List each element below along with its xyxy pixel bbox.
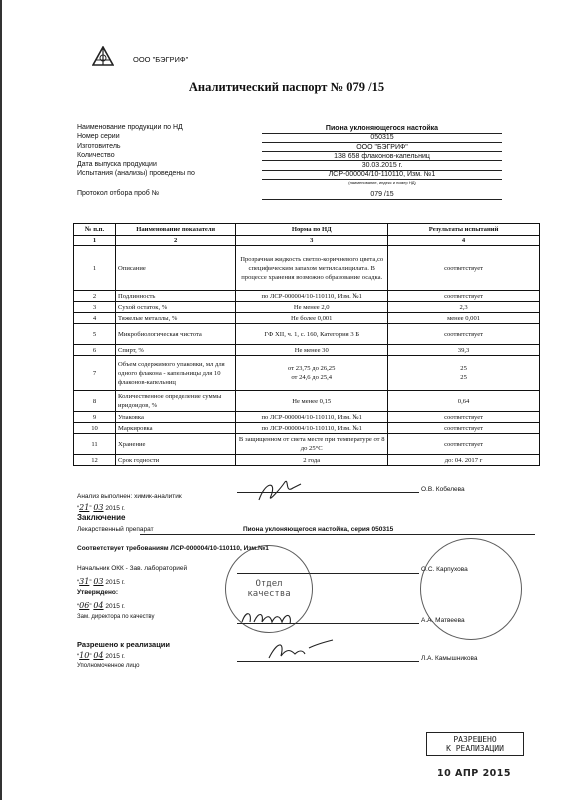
result-value: 2,3 <box>388 302 540 313</box>
table-row: 6Спирт, %Не менее 3039,3 <box>74 345 540 356</box>
norm-value: по ЛСР-000004/10-110110, Изм. №1 <box>236 423 388 434</box>
result-value: 0,64 <box>388 391 540 412</box>
row-number: 1 <box>74 246 116 291</box>
company-logo-icon <box>92 46 114 66</box>
row-number: 12 <box>74 455 116 466</box>
norm-value: Не более 0,001 <box>236 313 388 324</box>
info-row: Испытания (анализы) проведены по ЛСР-000… <box>77 170 507 179</box>
info-label: Номер серии <box>77 133 120 140</box>
approved-day: 06 <box>79 601 89 610</box>
release-stamp-date: 10 АПР 2015 <box>426 768 522 779</box>
indicator-name: Сухой остаток, % <box>116 302 236 313</box>
indicator-name: Спирт, % <box>116 345 236 356</box>
table-row: 7Объем содержимого упаковки, мл для одно… <box>74 356 540 391</box>
product-info: Наименование продукции по НД Пиона уклон… <box>77 124 507 189</box>
drug-value: Пиона уклоняющегося настойка, серия 0503… <box>243 526 393 533</box>
lab-head-day: 31 <box>79 577 89 586</box>
protocol-label: Протокол отбора проб № <box>77 190 159 197</box>
table-row: 1ОписаниеПрозрачная жидкость светло-кори… <box>74 246 540 291</box>
table-row: 4Тяжелые металлы, %Не более 0,001менее 0… <box>74 313 540 324</box>
document-title: Аналитический паспорт № 079 /15 <box>0 80 573 95</box>
info-row: Номер серии 050315 <box>77 133 507 142</box>
indicator-name: Подлинность <box>116 291 236 302</box>
column-numbers-row: 1 2 3 4 <box>74 236 540 246</box>
stamp-line: Отдел <box>255 579 282 589</box>
indicator-name: Срок годности <box>116 455 236 466</box>
result-value: менее 0,001 <box>388 313 540 324</box>
results-table: № п.п. Наименование показателя Норма по … <box>73 223 540 466</box>
info-label: Изготовитель <box>77 143 121 150</box>
row-number: 8 <box>74 391 116 412</box>
release-date: “10” 04 2015 г. <box>77 651 125 660</box>
info-label: Количество <box>77 152 115 159</box>
norm-value: ГФ XII, ч. 1, с. 160, Категория 3 Б <box>236 324 388 345</box>
release-signature-icon <box>265 638 335 662</box>
table-header-row: № п.п. Наименование показателя Норма по … <box>74 224 540 236</box>
column-number: 1 <box>74 236 116 246</box>
release-label: Разрешено к реализации <box>77 640 170 649</box>
column-header: Наименование показателя <box>116 224 236 236</box>
result-value: соответствует <box>388 246 540 291</box>
row-number: 9 <box>74 412 116 423</box>
result-value: соответствует <box>388 434 540 455</box>
release-name: Л.А. Камышникова <box>421 655 478 662</box>
analysis-signature-icon <box>255 478 315 504</box>
row-number: 6 <box>74 345 116 356</box>
result-value: 25 25 <box>388 356 540 391</box>
result-value: соответствует <box>388 423 540 434</box>
column-header: № п.п. <box>74 224 116 236</box>
release-role: Уполномоченное лицо <box>77 663 139 669</box>
approved-month: 04 <box>93 601 103 610</box>
compliance-text: Соответствует требованиям ЛСР-000004/10-… <box>77 545 269 552</box>
indicator-name: Количественное определение суммы иридоид… <box>116 391 236 412</box>
indicator-name: Объем содержимого упаковки, мл для одног… <box>116 356 236 391</box>
indicator-name: Упаковка <box>116 412 236 423</box>
approved-date: “06” 04 2015 г. <box>77 601 125 610</box>
result-value: соответствует <box>388 412 540 423</box>
page-edge <box>0 0 2 800</box>
info-value: ООО "БЭГРИФ" <box>262 143 502 153</box>
release-month: 04 <box>93 651 103 660</box>
result-value: соответствует <box>388 291 540 302</box>
table-row: 10Маркировкапо ЛСР-000004/10-110110, Изм… <box>74 423 540 434</box>
norm-value: В защищенном от света месте при температ… <box>236 434 388 455</box>
row-number: 5 <box>74 324 116 345</box>
column-header: Норма по НД <box>236 224 388 236</box>
info-value: ЛСР-000004/10-110110, Изм. №1 <box>262 170 502 180</box>
row-number: 7 <box>74 356 116 391</box>
row-number: 4 <box>74 313 116 324</box>
table-row: 8Количественное определение суммы иридои… <box>74 391 540 412</box>
info-row: Количество 138 658 флаконов-капельниц <box>77 152 507 161</box>
analysis-month: 03 <box>93 503 103 512</box>
lab-head-label: Начальник ОКК - Зав. лабораторией <box>77 565 187 572</box>
indicator-name: Маркировка <box>116 423 236 434</box>
company-name: ООО "БЭГРИФ" <box>133 55 188 64</box>
info-value: 050315 <box>262 133 502 143</box>
table-row: 5Микробиологическая чистотаГФ XII, ч. 1,… <box>74 324 540 345</box>
norm-value: от 23,75 до 26,25 от 24,6 до 25,4 <box>236 356 388 391</box>
result-value: соответствует <box>388 324 540 345</box>
analysis-name: О.В. Кобелева <box>421 486 465 493</box>
info-row: Дата выпуска продукции 30.03.2015 г. <box>77 161 507 170</box>
row-number: 11 <box>74 434 116 455</box>
info-value: Пиона уклоняющегося настойка <box>262 124 502 134</box>
info-label: Дата выпуска продукции <box>77 161 157 168</box>
norm-value: по ЛСР-000004/10-110110, Изм. №1 <box>236 291 388 302</box>
column-number: 2 <box>116 236 236 246</box>
analysis-label: Анализ выполнен: химик-аналитик <box>77 493 182 500</box>
indicator-name: Описание <box>116 246 236 291</box>
table-row: 12Срок годности2 годадо: 04. 2017 г <box>74 455 540 466</box>
info-value: 30.03.2015 г. <box>262 161 502 171</box>
stamp-line: качества <box>247 589 290 599</box>
conclusion-heading: Заключение <box>77 513 125 522</box>
indicator-name: Тяжелые металлы, % <box>116 313 236 324</box>
row-number: 2 <box>74 291 116 302</box>
lab-head-date: “31” 03 2015 г. <box>77 577 125 586</box>
company-round-stamp <box>420 538 522 640</box>
approved-label: Утверждено: <box>77 589 118 596</box>
stamp-line: РАЗРЕШЕНО <box>427 735 523 744</box>
norm-value: Не менее 0,15 <box>236 391 388 412</box>
table-row: 9Упаковкапо ЛСР-000004/10-110110, Изм. №… <box>74 412 540 423</box>
analysis-date: “21” 03 2015 г. <box>77 503 125 512</box>
info-label: Наименование продукции по НД <box>77 124 183 131</box>
column-number: 4 <box>388 236 540 246</box>
info-hint-row: (наименование, индекс и номер НД) <box>77 180 507 189</box>
table-row: 3Сухой остаток, %Не менее 2,02,3 <box>74 302 540 313</box>
norm-value: 2 года <box>236 455 388 466</box>
indicator-name: Микробиологическая чистота <box>116 324 236 345</box>
approved-year: 2015 г. <box>105 603 125 610</box>
column-header: Результаты испытаний <box>388 224 540 236</box>
drug-line <box>140 534 535 535</box>
protocol-row: Протокол отбора проб № 079 /15 <box>77 190 507 202</box>
drug-label: Лекарственный препарат <box>77 526 154 533</box>
release-year: 2015 г. <box>105 653 125 660</box>
lab-head-month: 03 <box>93 577 103 586</box>
lab-head-year: 2015 г. <box>105 579 125 586</box>
analysis-year: 2015 г. <box>105 505 125 512</box>
table-row: 2Подлинностьпо ЛСР-000004/10-110110, Изм… <box>74 291 540 302</box>
analysis-day: 21 <box>79 503 89 512</box>
protocol-value: 079 /15 <box>262 190 502 200</box>
norm-value: по ЛСР-000004/10-110110, Изм. №1 <box>236 412 388 423</box>
result-value: 39,3 <box>388 345 540 356</box>
indicator-name: Хранение <box>116 434 236 455</box>
info-row: Изготовитель ООО "БЭГРИФ" <box>77 143 507 152</box>
stamp-line: К РЕАЛИЗАЦИИ <box>427 744 523 753</box>
release-day: 10 <box>79 651 89 660</box>
info-hint: (наименование, индекс и номер НД) <box>262 180 502 185</box>
norm-value: Прозрачная жидкость светло-коричневого ц… <box>236 246 388 291</box>
norm-value: Не менее 2,0 <box>236 302 388 313</box>
table-row: 11ХранениеВ защищенном от света месте пр… <box>74 434 540 455</box>
row-number: 3 <box>74 302 116 313</box>
release-stamp: РАЗРЕШЕНО К РЕАЛИЗАЦИИ <box>426 732 524 756</box>
approved-role: Зам. директора по качеству <box>77 614 154 620</box>
column-number: 3 <box>236 236 388 246</box>
info-value: 138 658 флаконов-капельниц <box>262 152 502 162</box>
info-row: Наименование продукции по НД Пиона уклон… <box>77 124 507 133</box>
norm-value: Не менее 30 <box>236 345 388 356</box>
row-number: 10 <box>74 423 116 434</box>
info-label: Испытания (анализы) проведены по <box>77 170 195 177</box>
quality-department-stamp: Отдел качества <box>225 545 313 633</box>
result-value: до: 04. 2017 г <box>388 455 540 466</box>
